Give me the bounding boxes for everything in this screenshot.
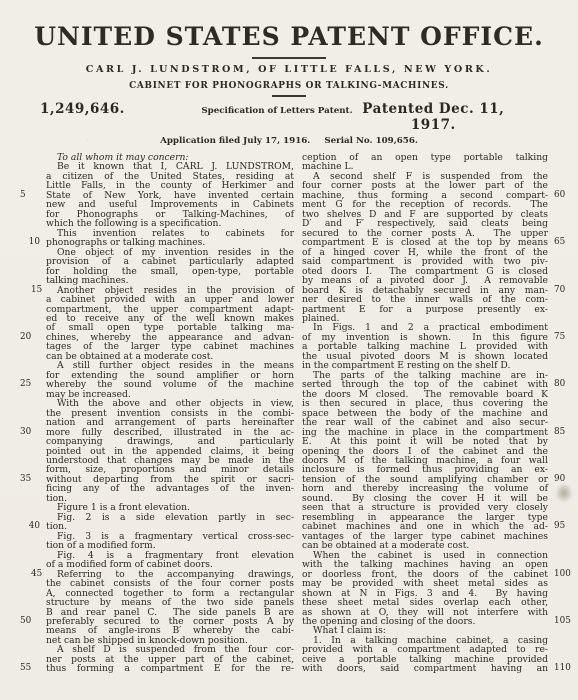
- line-number: 30: [20, 428, 40, 438]
- patent-number: 1,249,646.: [40, 101, 125, 117]
- line-number: 45: [20, 570, 40, 580]
- section-divider-rule: [272, 95, 306, 97]
- line-number: 25: [20, 380, 40, 390]
- line-number: 60: [554, 191, 576, 201]
- line-number: 65: [554, 238, 576, 248]
- line-number: 55: [20, 664, 40, 674]
- text-line: ficing any of the advantages of the inve…: [46, 484, 294, 493]
- line-number: 15: [20, 286, 40, 296]
- patent-document-page: { "colors": { "paper": "#f0ede5", "ink":…: [0, 0, 578, 700]
- text-line: with doors, said compartment having an11…: [302, 664, 548, 673]
- serial-number-text: Serial No. 109,656.: [324, 136, 418, 146]
- line-number: 40: [20, 522, 40, 532]
- line-number: 70: [554, 286, 576, 296]
- patented-date: Patented Dec. 11, 1917.: [353, 101, 514, 133]
- document-header: UNITED STATES PATENT OFFICE. CARL J. LUN…: [0, 22, 578, 146]
- line-number: 105: [554, 617, 576, 627]
- column-left: To all whom it may concern:Be it known t…: [46, 153, 294, 674]
- line-number: 100: [554, 570, 576, 580]
- application-row: Application filed July 17, 1916.Serial N…: [0, 136, 578, 146]
- line-number: 80: [554, 380, 576, 390]
- page-title: UNITED STATES PATENT OFFICE.: [0, 22, 578, 51]
- line-number: 50: [20, 617, 40, 627]
- line-number: 75: [554, 333, 576, 343]
- inventor-line: CARL J. LUNDSTROM, OF LITTLE FALLS, NEW …: [0, 64, 578, 76]
- line-number: 20: [20, 333, 40, 343]
- paper-smudge: [556, 484, 572, 502]
- line-number: 95: [554, 522, 576, 532]
- column-right: ception of an open type portable talking…: [302, 153, 548, 674]
- line-number: 35: [20, 475, 40, 485]
- line-number: 10: [20, 238, 40, 248]
- line-number: 110: [554, 664, 576, 674]
- text-line: Fig. 2 is a side elevation partly in sec…: [46, 513, 294, 522]
- line-number: 85: [554, 428, 576, 438]
- title-divider-rule: [252, 57, 326, 59]
- body-text-columns: To all whom it may concern:Be it known t…: [0, 153, 578, 674]
- line-number: 5: [20, 191, 40, 201]
- text-line: thus forming a compartment E for the re-…: [46, 664, 294, 673]
- application-filed-text: Application filed July 17, 1916.: [160, 136, 310, 146]
- specification-label: Specification of Letters Patent.: [201, 106, 352, 116]
- invention-title: CABINET FOR PHONOGRAPHS OR TALKING-MACHI…: [0, 81, 578, 91]
- patent-info-row: 1,249,646. Specification of Letters Pate…: [0, 101, 578, 133]
